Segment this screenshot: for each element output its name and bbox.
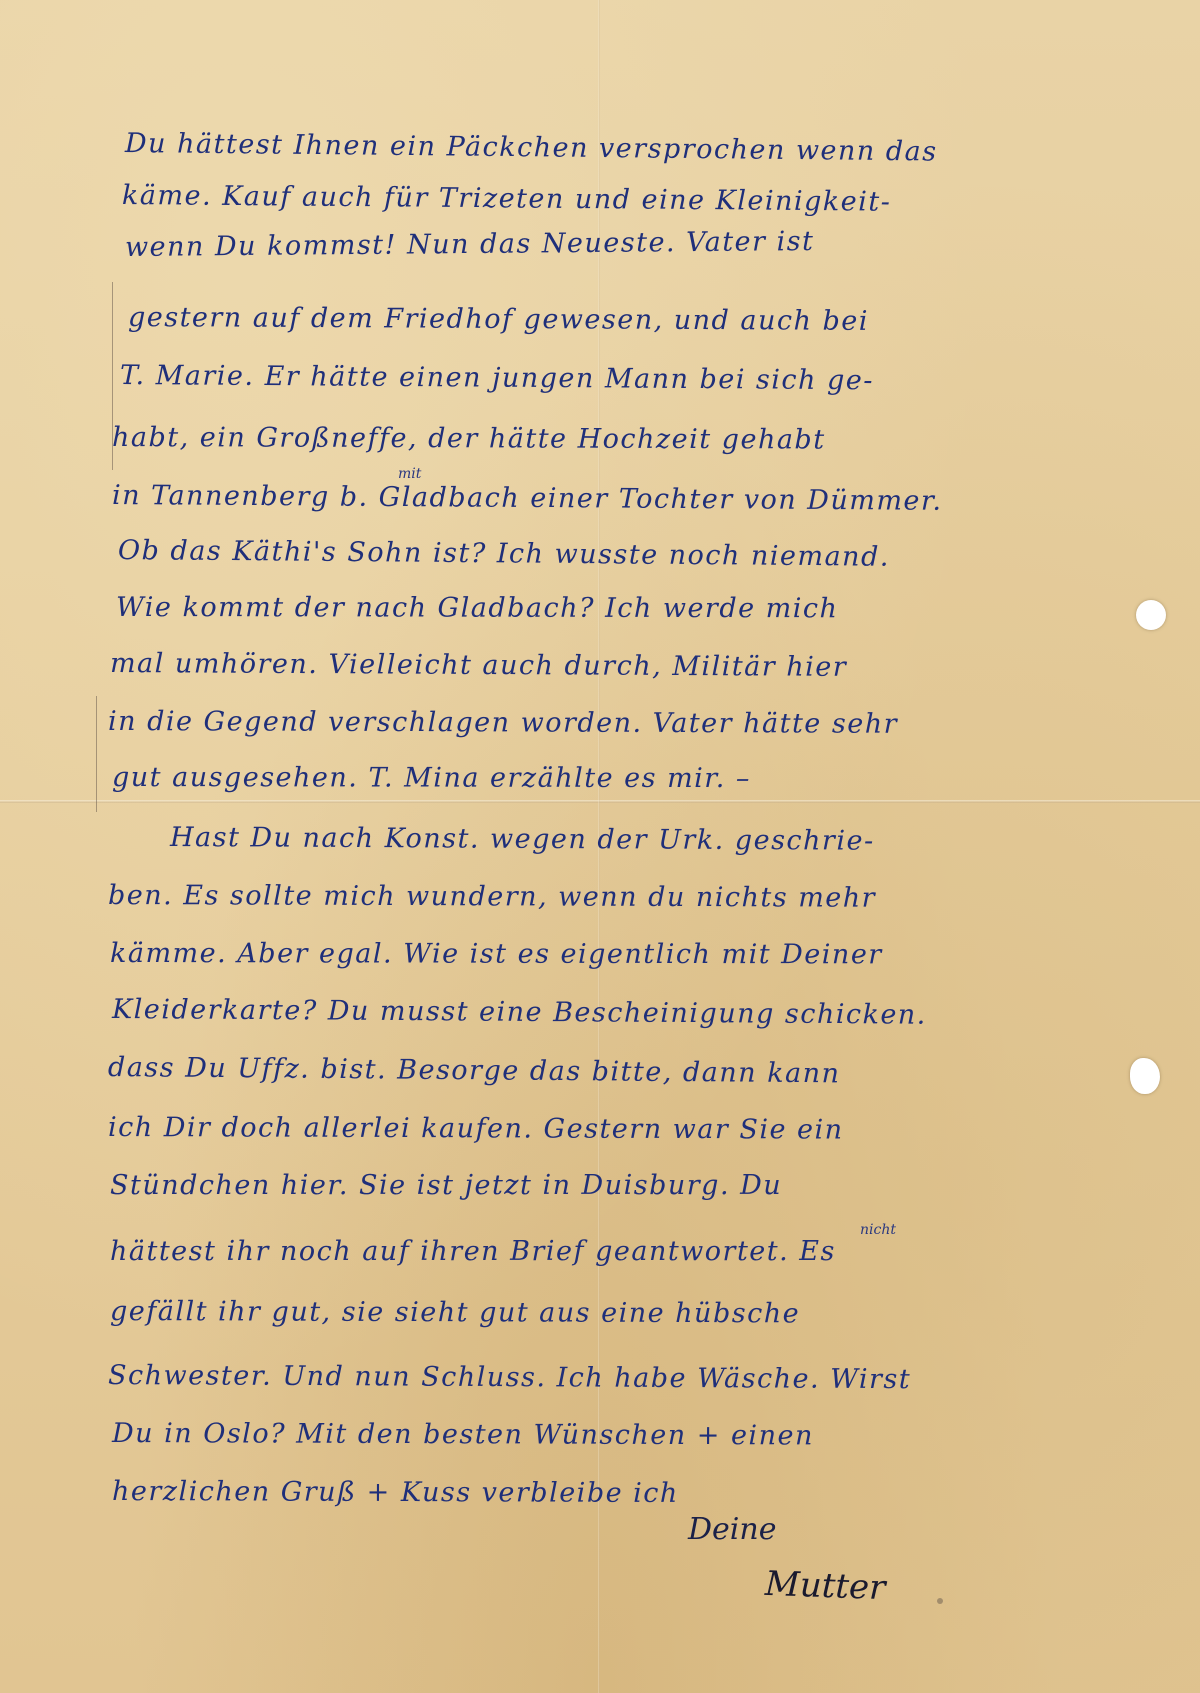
letter-line: wenn Du kommst! Nun das Neueste. Vater i… — [125, 226, 815, 263]
letter-line: in die Gegend verschlagen worden. Vater … — [108, 706, 898, 740]
letter-line: Kleiderkarte? Du musst eine Bescheinigun… — [112, 994, 927, 1031]
letter-line: Schwester. Und nun Schluss. Ich habe Wäs… — [108, 1360, 911, 1395]
letter-line: in Tannenberg b. Gladbach einer Tochter … — [112, 480, 943, 517]
letter-page: Du hättest Ihnen ein Päckchen versproche… — [0, 0, 1200, 1693]
letter-line: Ob das Käthi's Sohn ist? Ich wusste noch… — [118, 535, 890, 573]
letter-line: kämme. Aber egal. Wie ist es eigentlich … — [110, 938, 883, 970]
letter-line: ich Dir doch allerlei kaufen. Gestern wa… — [108, 1112, 844, 1146]
letter-line: Stündchen hier. Sie ist jetzt in Duisbur… — [110, 1170, 782, 1201]
letter-line: ben. Es sollte mich wundern, wenn du nic… — [108, 880, 876, 914]
letter-line: gestern auf dem Friedhof gewesen, und au… — [128, 302, 869, 337]
letter-line: käme. Kauf auch für Trizeten und eine Kl… — [122, 180, 892, 218]
letter-line: habt, ein Großneffe, der hätte Hochzeit … — [112, 422, 826, 455]
interlinear-insert-mit: mit — [398, 466, 421, 482]
letter-line: mal umhören. Vielleicht auch durch, Mili… — [110, 648, 847, 683]
letter-line: T. Marie. Er hätte einen jungen Mann bei… — [120, 360, 874, 396]
signature: Mutter — [764, 1564, 886, 1608]
letter-body: Du hättest Ihnen ein Päckchen versproche… — [0, 0, 1200, 1693]
letter-line: Wie kommt der nach Gladbach? Ich werde m… — [116, 592, 839, 624]
letter-line: Du hättest Ihnen ein Päckchen versproche… — [125, 128, 938, 168]
closing-salutation: Deine — [688, 1512, 776, 1547]
interlinear-insert-nicht: nicht — [860, 1222, 896, 1238]
letter-line: gefällt ihr gut, sie sieht gut aus eine … — [110, 1296, 800, 1329]
letter-line: dass Du Uffz. bist. Besorge das bitte, d… — [108, 1052, 841, 1089]
letter-line: Hast Du nach Konst. wegen der Urk. gesch… — [170, 822, 875, 857]
letter-line: Du in Oslo? Mit den besten Wünschen + ei… — [112, 1418, 814, 1451]
letter-line: hättest ihr noch auf ihren Brief geantwo… — [110, 1236, 836, 1267]
letter-line: gut ausgesehen. T. Mina erzählte es mir.… — [112, 762, 751, 794]
letter-line: herzlichen Gruß + Kuss verbleibe ich — [112, 1476, 679, 1509]
